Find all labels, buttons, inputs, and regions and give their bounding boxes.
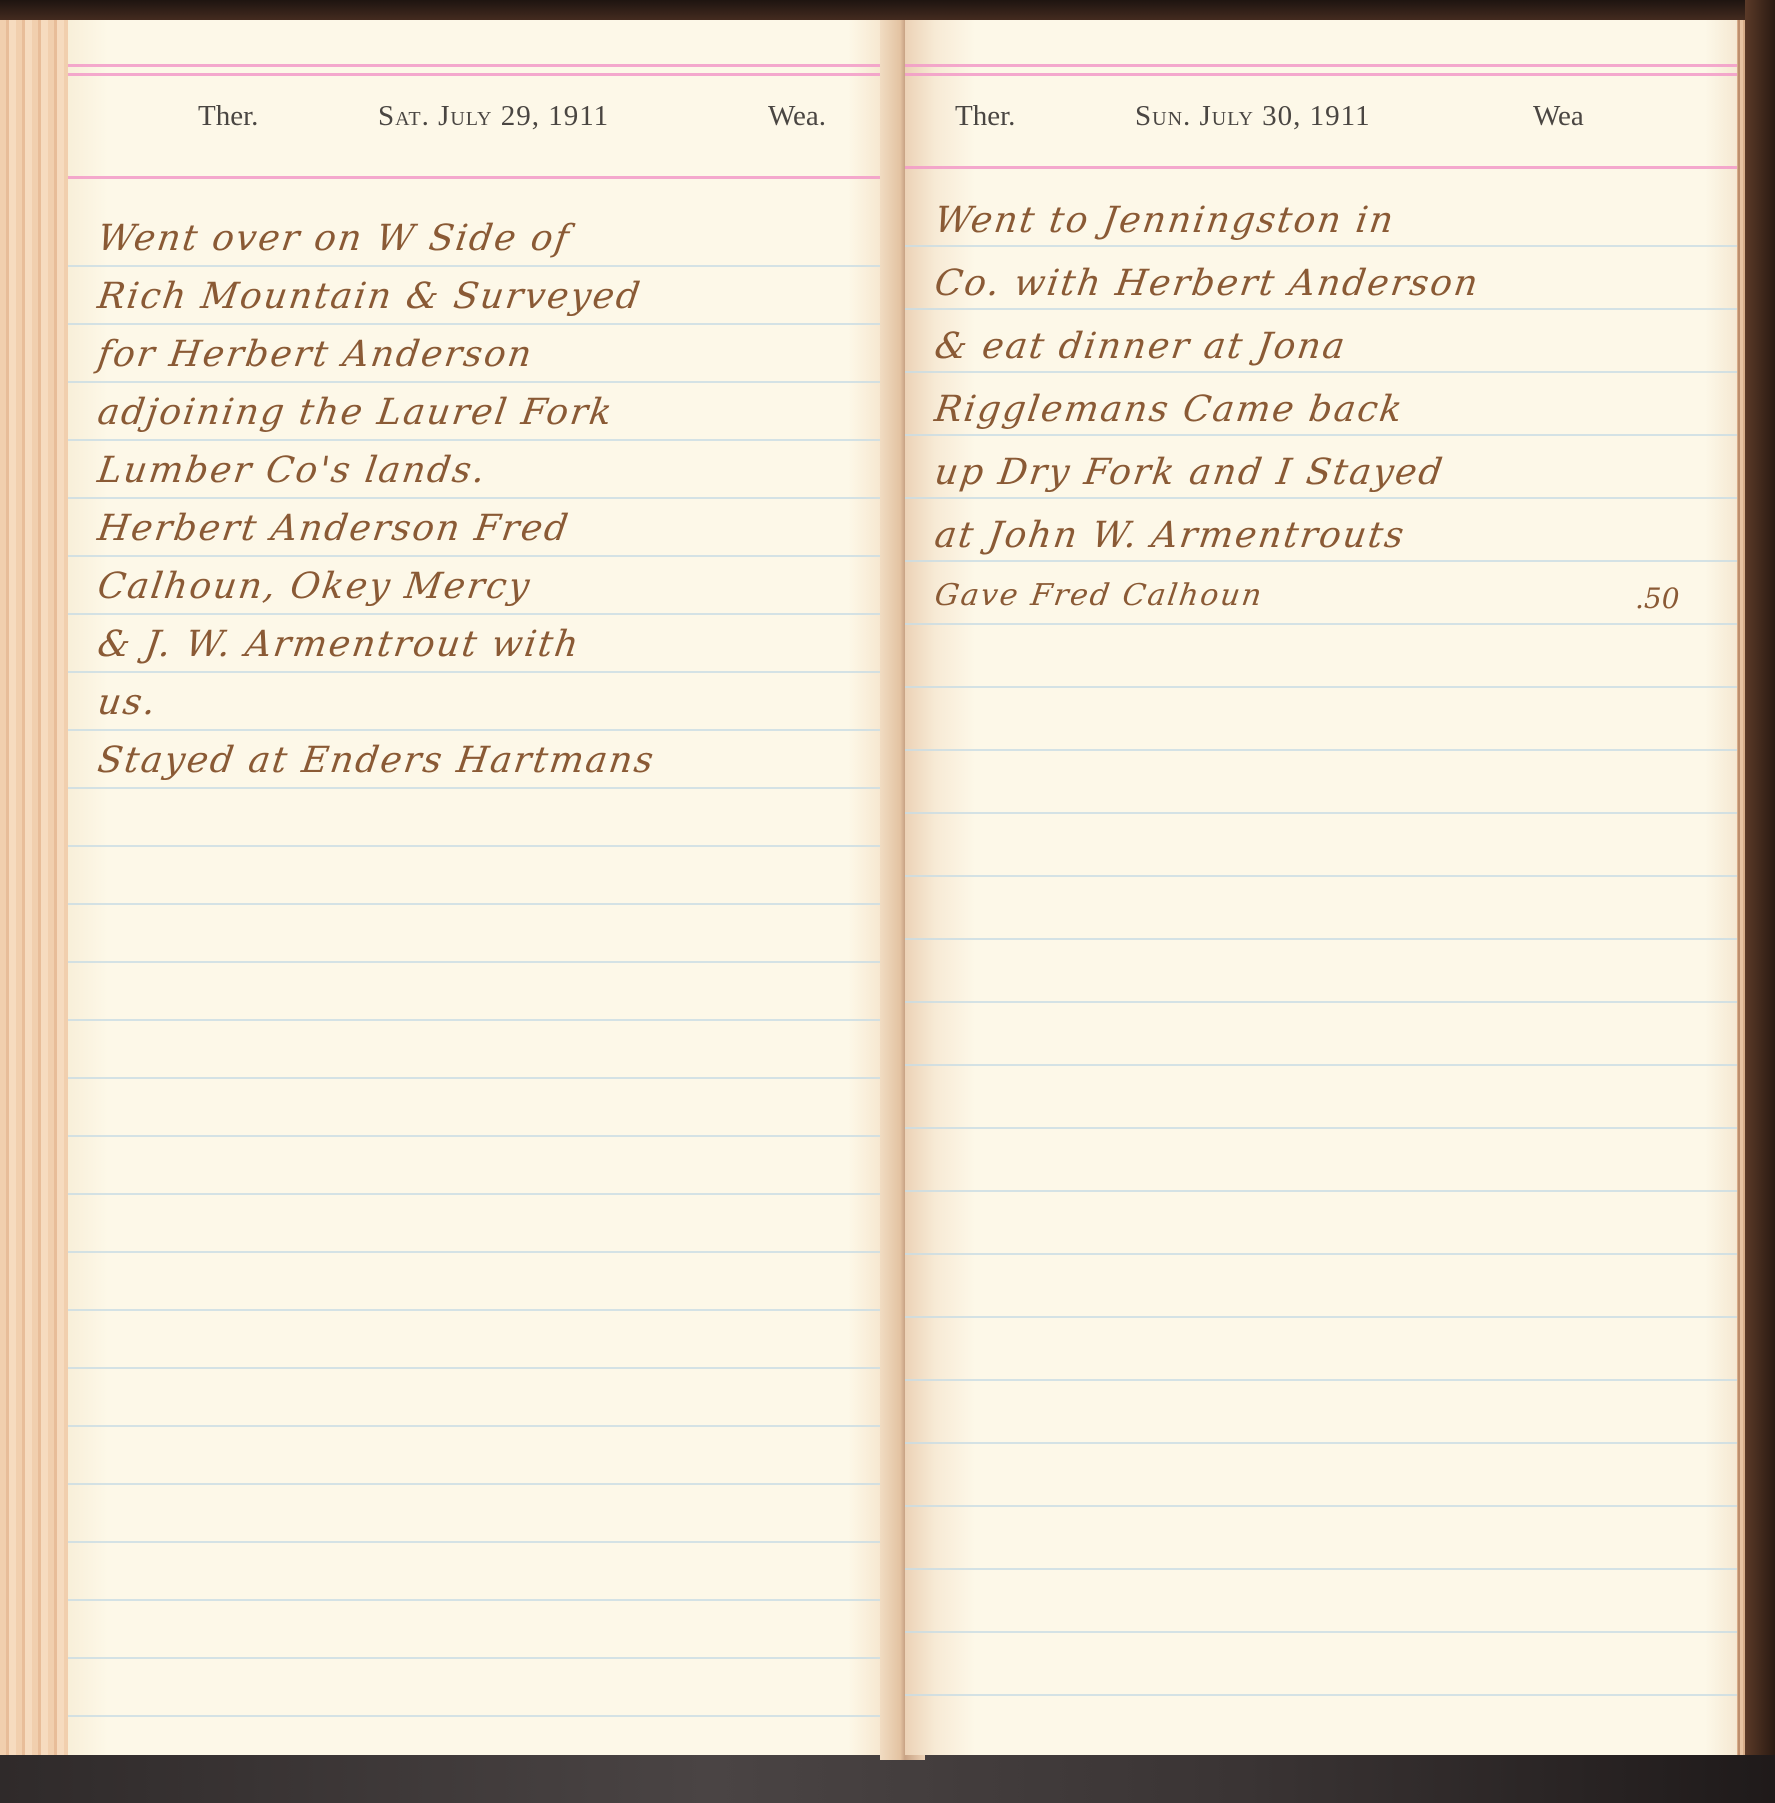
page-edges-left: [0, 20, 70, 1775]
entry-line: Stayed at Enders Hartmans: [95, 740, 658, 781]
entry-date: Sat. July 29, 1911: [378, 100, 609, 133]
page-header: Ther. Sun. July 30, 1911 Wea: [905, 100, 1737, 140]
header-rule-top: [905, 64, 1737, 67]
entry-line: Herbert Anderson Fred: [95, 508, 572, 549]
entry-date: Sun. July 30, 1911: [1135, 100, 1371, 133]
header-rule-top: [68, 64, 898, 67]
header-rule-bottom: [68, 176, 898, 179]
entry-line: us.: [95, 682, 160, 723]
entry-line: adjoining the Laurel Fork: [95, 392, 616, 433]
entry-line: Lumber Co's lands.: [95, 450, 489, 491]
header-rule-top-2: [68, 73, 898, 76]
weather-label: Wea.: [768, 100, 826, 133]
thermometer-label: Ther.: [198, 100, 258, 133]
entry-line: Rich Mountain & Surveyed: [95, 276, 644, 317]
entry-line: & eat dinner at Jona: [932, 326, 1349, 367]
entry-line: for Herbert Anderson: [95, 334, 536, 375]
diary-page-right: Ther. Sun. July 30, 1911 Wea Went to Jen…: [905, 20, 1737, 1755]
ledger-amount: .50: [1635, 582, 1680, 615]
header-rule-top-2: [905, 73, 1737, 76]
thermometer-label: Ther.: [955, 100, 1015, 133]
entry-line: Co. with Herbert Anderson: [932, 263, 1482, 304]
entry-line: up Dry Fork and I Stayed: [932, 452, 1447, 493]
entry-line: Gave Fred Calhoun: [933, 578, 1266, 613]
page-header: Ther. Sat. July 29, 1911 Wea.: [68, 100, 898, 140]
weather-label: Wea: [1533, 100, 1584, 133]
entry-line: & J. W. Armentrout with: [95, 624, 583, 665]
entry-line: Went over on W Side of: [95, 218, 573, 259]
book-cover-bottom: [0, 1755, 1775, 1803]
book-cover-right: [1745, 0, 1775, 1803]
entry-line: at John W. Armentrouts: [932, 515, 1408, 556]
diary-page-left: Ther. Sat. July 29, 1911 Wea. Went over …: [68, 20, 898, 1755]
entry-line: Rigglemans Came back: [932, 389, 1406, 430]
entry-line: Went to Jenningston in: [932, 200, 1398, 241]
entry-line: Calhoun, Okey Mercy: [95, 566, 534, 607]
header-rule-bottom: [905, 166, 1737, 169]
